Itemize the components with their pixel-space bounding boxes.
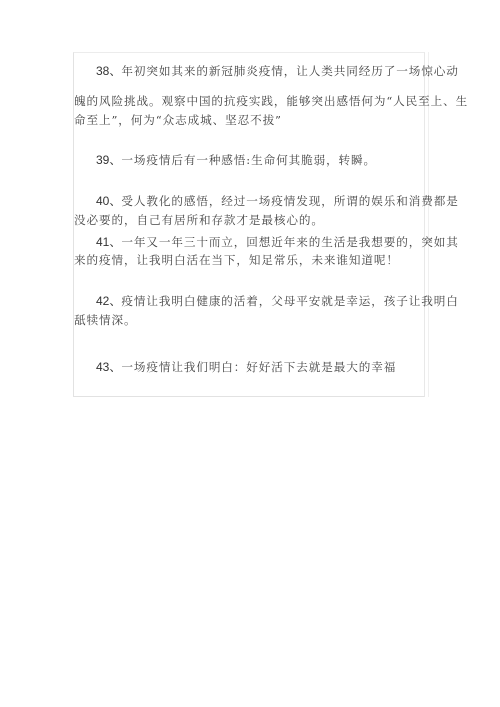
paragraph-40-line-1: 40、受人教化的感悟，经过一场疫情发现，所谓的娱乐和消费都是 bbox=[96, 194, 459, 208]
item-number: 41、 bbox=[96, 235, 121, 249]
item-number: 42、 bbox=[96, 294, 121, 308]
item-number: 40、 bbox=[96, 194, 121, 208]
paragraph-38-line-1: 38、年初突如其来的新冠肺炎疫情，让人类共同经历了一场惊心动 bbox=[96, 64, 459, 78]
paragraph-39-line-1: 39、一场疫情后有一种感悟:生命何其脆弱，转瞬。 bbox=[96, 153, 376, 167]
paragraph-42-line-1: 42、疫情让我明白健康的活着，父母平安就是幸运，孩子让我明白 bbox=[96, 294, 459, 308]
paragraph-43-line-1: 43、一场疫情让我们明白：好好活下去就是最大的幸福 bbox=[96, 360, 396, 374]
item-number: 38、 bbox=[96, 64, 121, 78]
paragraph-42-line-2: 舐犊情深。 bbox=[74, 313, 136, 327]
paragraph-41-line-1: 41、一年又一年三十而立，回想近年来的生活是我想要的，突如其 bbox=[96, 235, 459, 249]
item-number: 43、 bbox=[96, 360, 121, 374]
paragraph-40-line-2: 没必要的，自己有居所和存款才是最核心的。 bbox=[74, 213, 324, 227]
paragraph-38-line-3: 命至上”，何为“众志成城、坚忍不拔” bbox=[74, 113, 282, 127]
paragraph-38-line-2: 魄的风险挑战。观察中国的抗疫实践，能够突出感悟何为“人民至上、生 bbox=[74, 94, 468, 108]
item-number: 39、 bbox=[96, 153, 121, 167]
paragraph-41-line-2: 来的疫情，让我明白活在当下，知足常乐，未来谁知道呢！ bbox=[74, 253, 399, 267]
